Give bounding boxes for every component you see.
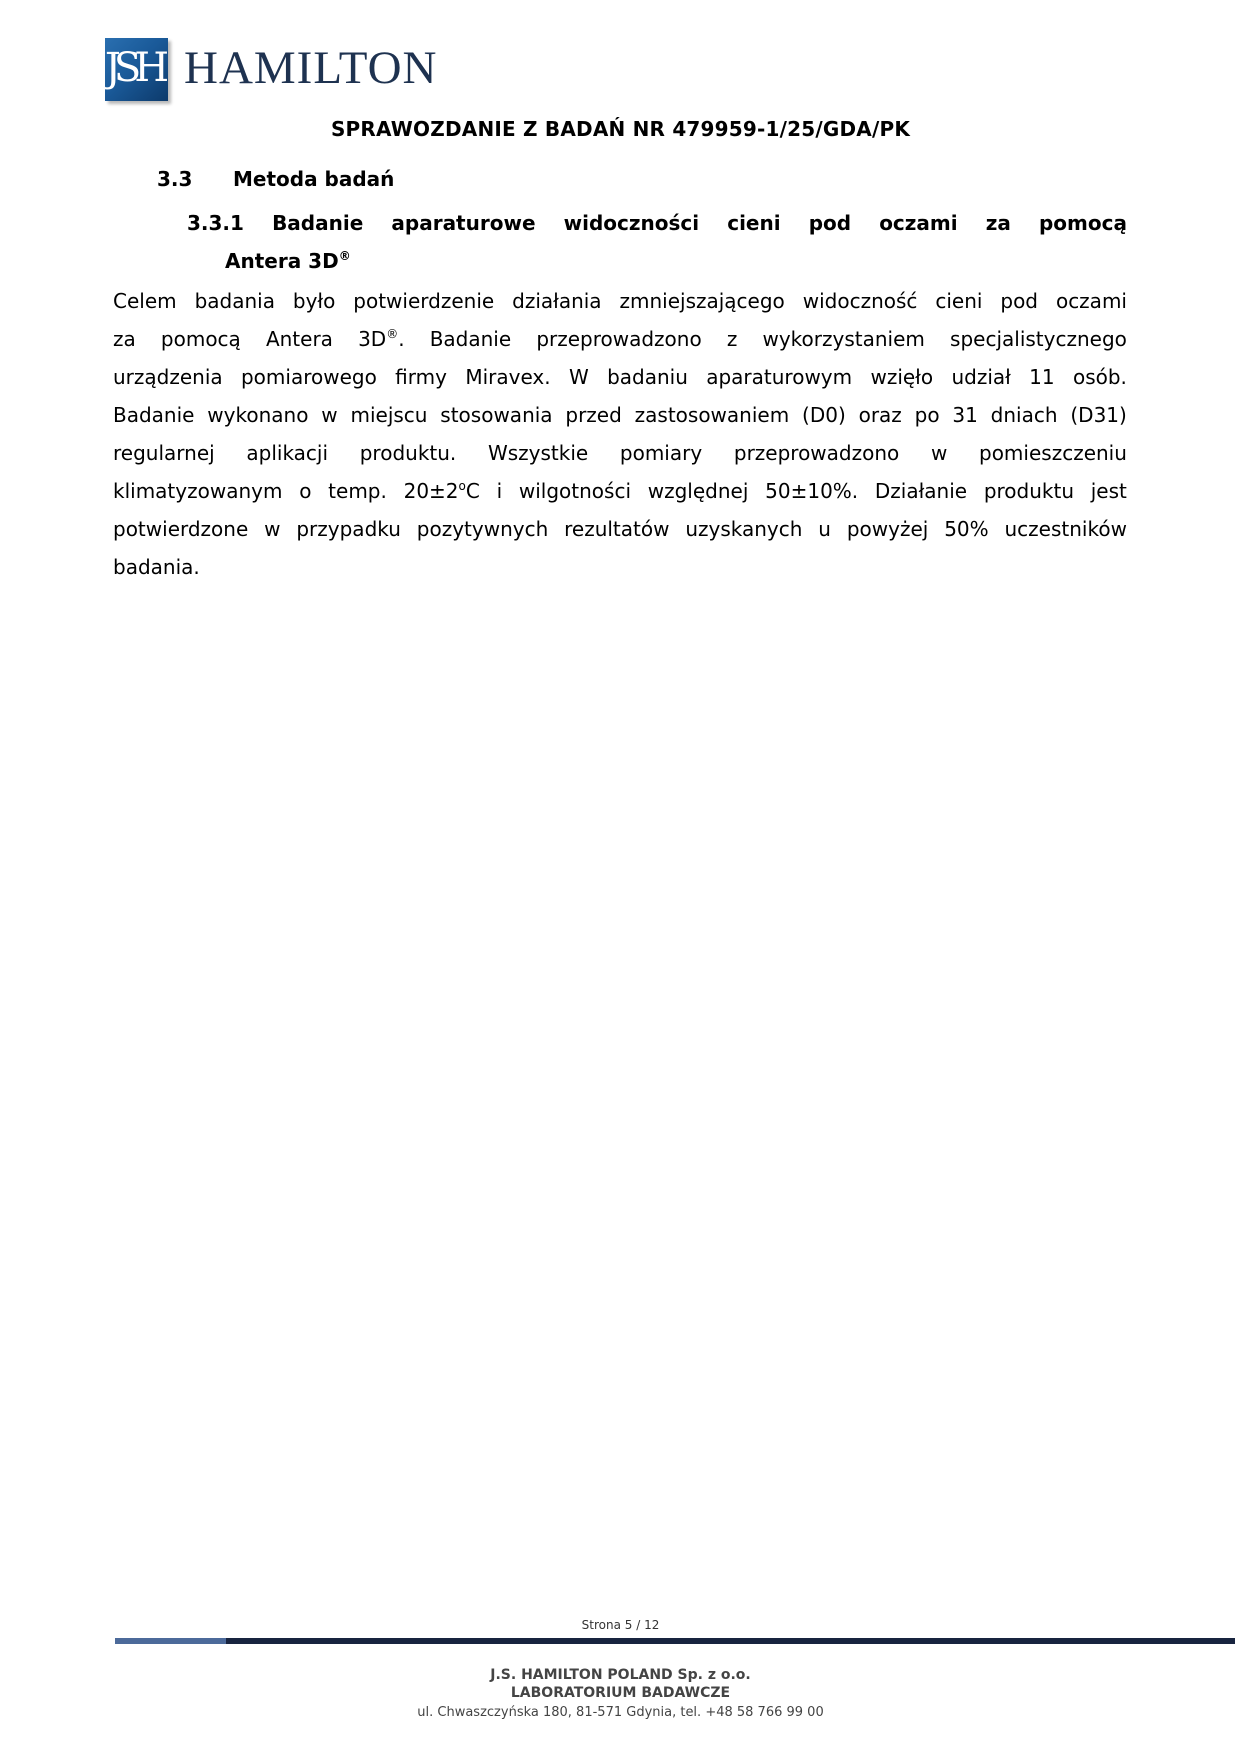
registered-mark: ® — [339, 249, 351, 263]
paragraph-word: temp. — [328, 472, 387, 510]
paragraph-word: Działanie — [875, 472, 967, 510]
paragraph-word: rezultatów — [564, 510, 669, 548]
paragraph-word: przed — [565, 396, 621, 434]
footer-divider-main — [226, 1638, 1235, 1644]
paragraph-word: klimatyzowanym — [113, 472, 282, 510]
footer-divider — [115, 1638, 1235, 1644]
paragraph-word: Wszystkie — [488, 434, 588, 472]
paragraph-word: Badanie — [113, 396, 194, 434]
paragraph-word: urządzenia — [113, 358, 223, 396]
paragraph-word: aparaturowym — [706, 358, 852, 396]
paragraph-word: jest — [1091, 472, 1127, 510]
paragraph-word: przeprowadzono — [536, 320, 701, 358]
logo-monogram: JSH — [105, 43, 168, 93]
paragraph-word: oczami — [1056, 282, 1127, 320]
subsection-title-continued: Antera 3D — [225, 249, 339, 273]
paragraph-word: pomiarowego — [241, 358, 377, 396]
company-logo-mark: JSH — [105, 38, 168, 101]
subsection-title-word: oczami — [879, 204, 957, 242]
paragraph-word: 11 — [1029, 358, 1054, 396]
paragraph-word: przeprowadzono — [734, 434, 899, 472]
section-heading: 3.3Metoda badań — [157, 166, 394, 192]
paragraph-word: było — [293, 282, 335, 320]
paragraph-word: wzięło — [870, 358, 933, 396]
paragraph-word: wykorzystaniem — [762, 320, 924, 358]
paragraph-word: w — [321, 396, 337, 434]
section-title: Metoda badań — [233, 167, 394, 191]
paragraph-word: (D31) — [1070, 396, 1126, 434]
paragraph-line: badania. — [113, 548, 1127, 586]
paragraph-word: stosowania — [440, 396, 552, 434]
paragraph-word: Miravex. — [465, 358, 550, 396]
paragraph-word: powyżej — [847, 510, 928, 548]
paragraph-word: i — [497, 472, 503, 510]
paragraph-word: firmy — [395, 358, 447, 396]
paragraph-word: 50±10%. — [765, 472, 858, 510]
paragraph-word: uczestników — [1005, 510, 1127, 548]
paragraph-word: badaniu — [607, 358, 688, 396]
paragraph-word: produktu. — [360, 434, 457, 472]
paragraph-word: oraz — [859, 396, 902, 434]
paragraph-word: po — [915, 396, 940, 434]
subsection-title-word: widoczności — [564, 204, 699, 242]
paragraph-line: regularnejaplikacjiproduktu.Wszystkiepom… — [113, 434, 1127, 472]
paragraph-word: badania. — [113, 548, 200, 586]
paragraph-word: uzyskanych — [685, 510, 802, 548]
footer-company-block: J.S. HAMILTON POLAND Sp. z o.o. LABORATO… — [0, 1666, 1241, 1702]
paragraph-word: badania — [195, 282, 275, 320]
paragraph-word: 50% — [944, 510, 988, 548]
subsection-title-word: za — [986, 204, 1011, 242]
paragraph-word: udział — [951, 358, 1010, 396]
subsection-title-word: pomocą — [1039, 204, 1127, 242]
paragraph-word: o — [299, 472, 311, 510]
paragraph-word: aplikacji — [246, 434, 328, 472]
paragraph-word: potwierdzone — [113, 510, 248, 548]
paragraph-word: względnej — [648, 472, 749, 510]
paragraph-word: Antera — [266, 320, 333, 358]
subsection-heading: 3.3.1 Badanieaparaturowewidocznościcieni… — [187, 204, 1127, 280]
paragraph-word: (D0) — [802, 396, 846, 434]
footer-company-name: J.S. HAMILTON POLAND Sp. z o.o. — [0, 1666, 1241, 1684]
paragraph-word: Celem — [113, 282, 177, 320]
paragraph-word: 3D®. — [358, 320, 404, 358]
subsection-title-word: aparaturowe — [391, 204, 535, 242]
paragraph-word: wykonano — [207, 396, 308, 434]
paragraph-word: przypadku — [296, 510, 401, 548]
paragraph-word: cieni — [935, 282, 982, 320]
paragraph-word: z — [727, 320, 738, 358]
paragraph-word: pomiary — [620, 434, 702, 472]
paragraph-word: pozytywnych — [417, 510, 548, 548]
paragraph-word: 31 — [952, 396, 977, 434]
subsection-number: 3.3.1 — [187, 204, 244, 242]
paragraph-line: urządzeniapomiarowegofirmyMiravex.Wbadan… — [113, 358, 1127, 396]
paragraph-word: widoczność — [803, 282, 918, 320]
paragraph-word: wilgotności — [519, 472, 631, 510]
footer-lab-name: LABORATORIUM BADAWCZE — [0, 1684, 1241, 1702]
method-description-paragraph: Celembadaniabyłopotwierdzeniedziałaniazm… — [113, 282, 1127, 586]
paragraph-word: potwierdzenie — [353, 282, 494, 320]
paragraph-word: w — [264, 510, 280, 548]
report-title: SPRAWOZDANIE Z BADAŃ NR 479959-1/25/GDA/… — [0, 116, 1241, 142]
paragraph-word: zastosowaniem — [635, 396, 790, 434]
footer-divider-accent — [115, 1638, 226, 1644]
paragraph-line: zapomocąAntera3D®.Badanieprzeprowadzonoz… — [113, 320, 1127, 358]
paragraph-word: W — [569, 358, 589, 396]
footer-address: ul. Chwaszczyńska 180, 81-571 Gdynia, te… — [0, 1705, 1241, 1721]
paragraph-line: klimatyzowanymotemp.20±2oCiwilgotnościwz… — [113, 472, 1127, 510]
section-number: 3.3 — [157, 166, 233, 192]
page-number: Strona 5 / 12 — [0, 1617, 1241, 1633]
paragraph-word: specjalistycznego — [950, 320, 1127, 358]
paragraph-word: Badanie — [430, 320, 511, 358]
paragraph-word: za — [113, 320, 136, 358]
paragraph-word: działania — [512, 282, 601, 320]
paragraph-word: u — [818, 510, 831, 548]
subsection-title-word: pod — [809, 204, 851, 242]
subsection-title-word: cieni — [727, 204, 780, 242]
paragraph-word: pod — [1000, 282, 1038, 320]
paragraph-word: zmniejszającego — [620, 282, 785, 320]
paragraph-line: Celembadaniabyłopotwierdzeniedziałaniazm… — [113, 282, 1127, 320]
paragraph-word: regularnej — [113, 434, 215, 472]
paragraph-word: miejscu — [350, 396, 427, 434]
paragraph-line: potwierdzonewprzypadkupozytywnychrezulta… — [113, 510, 1127, 548]
paragraph-word: dniach — [991, 396, 1058, 434]
paragraph-word: 20±2oC — [404, 472, 480, 510]
subsection-title-line-1: 3.3.1 Badanieaparaturowewidocznościcieni… — [187, 204, 1127, 242]
paragraph-line: Badaniewykonanowmiejscustosowaniaprzedza… — [113, 396, 1127, 434]
paragraph-word: pomieszczeniu — [979, 434, 1127, 472]
paragraph-word: osób. — [1073, 358, 1127, 396]
paragraph-word: produktu — [984, 472, 1074, 510]
logo-wordmark: HAMILTON — [184, 40, 437, 96]
paragraph-word: w — [931, 434, 947, 472]
subsection-title-line-2: Antera 3D® — [187, 242, 1127, 280]
paragraph-word: pomocą — [161, 320, 241, 358]
subsection-title-word: Badanie — [272, 204, 363, 242]
